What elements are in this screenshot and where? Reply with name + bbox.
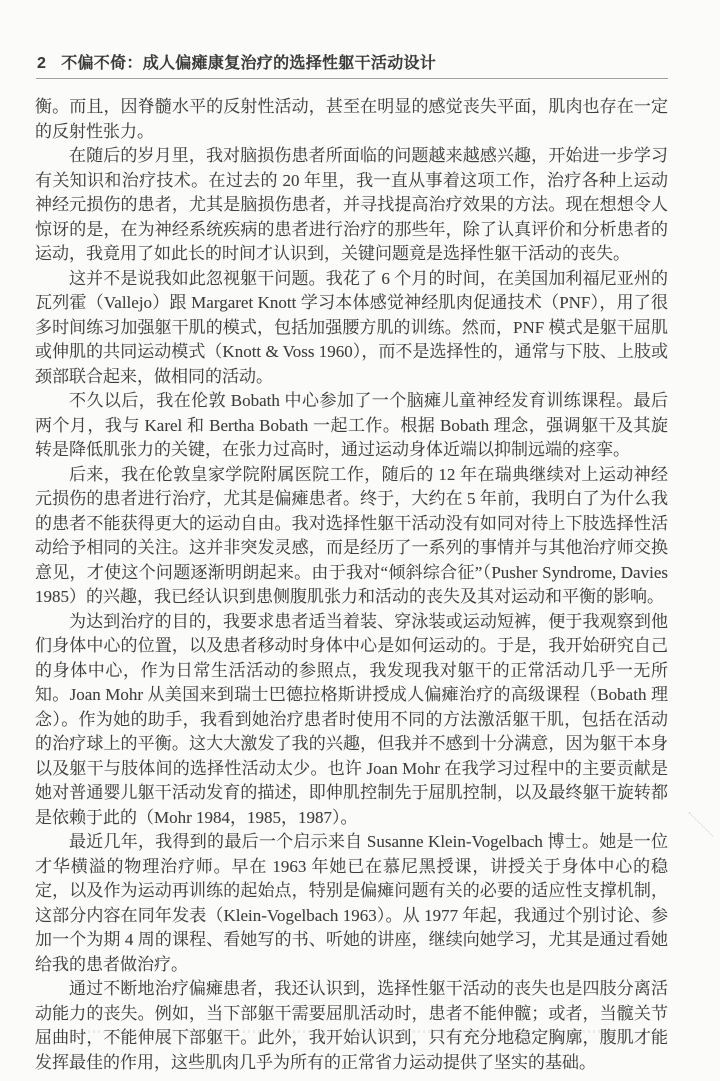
scan-artifact-smudge — [88, 1030, 633, 1033]
page-title: 不偏不倚：成人偏瘫康复治疗的选择性躯干活动设计 — [61, 50, 436, 73]
page-number: 2 — [37, 55, 46, 73]
paragraph: 衡。而且，因脊髓水平的反射性活动，甚至在明显的感觉丧失平面，肌肉也存在一定的反射… — [35, 95, 668, 144]
body-text: 衡。而且，因脊髓水平的反射性活动，甚至在明显的感觉丧失平面，肌肉也存在一定的反射… — [35, 95, 668, 1075]
scan-artifact-mark — [689, 812, 714, 837]
paragraph: 不久以后，我在伦敦 Bobath 中心参加了一个脑瘫儿童神经发育训练课程。最后两… — [35, 389, 668, 463]
book-page: 2 不偏不倚：成人偏瘫康复治疗的选择性躯干活动设计 衡。而且，因脊髓水平的反射性… — [0, 0, 720, 1081]
paragraph: 最近几年，我得到的最后一个启示来自 Susanne Klein-Vogelbac… — [35, 830, 668, 977]
paragraph: 后来，我在伦敦皇家学院附属医院工作，随后的 12 年在瑞典继续对上运动神经元损伤… — [35, 463, 668, 610]
paragraph: 在随后的岁月里，我对脑损伤患者所面临的问题越来越感兴趣，开始进一步学习有关知识和… — [35, 144, 668, 267]
paragraph: 通过不断地治疗偏瘫患者，我还认识到，选择性躯干活动的丧失也是四肢分离活动能力的丧… — [35, 977, 668, 1075]
page-header: 2 不偏不倚：成人偏瘫康复治疗的选择性躯干活动设计 — [37, 50, 669, 73]
paragraph: 这并不是说我如此忽视躯干问题。我花了 6 个月的时间，在美国加利福尼亚州的瓦列霍… — [35, 267, 668, 390]
header-rule — [36, 78, 668, 79]
paragraph: 为达到治疗的目的，我要求患者适当着装、穿泳装或运动短裤，便于我观察到他们身体中心… — [35, 610, 668, 831]
